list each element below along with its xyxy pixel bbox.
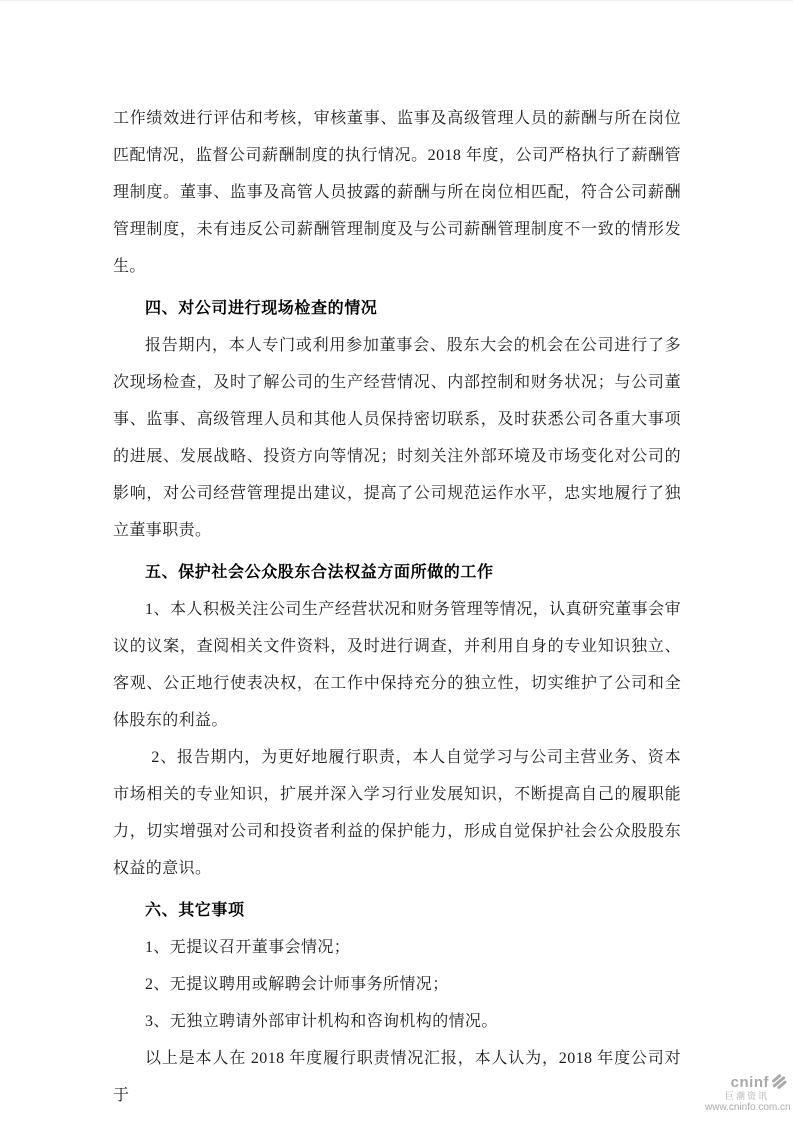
cninfo-chinese-name: 巨潮资讯	[705, 1091, 789, 1102]
paragraph-closing-summary: 以上是本人在 2018 年度履行职责情况汇报，本人认为，2018 年度公司对于	[113, 1040, 681, 1114]
cninfo-watermark: cninf 巨潮资讯 www.cninfo.com.cn	[705, 1074, 789, 1114]
paragraph-shareholder-protection-1: 1、本人积极关注公司生产经营状况和财务管理等情况，认真研究董事会审议的议案，查阅…	[113, 591, 681, 739]
cninfo-logo: cninf	[705, 1074, 789, 1091]
cninfo-swirl-icon	[770, 1074, 789, 1091]
list-item-no-external-audit: 3、无独立聘请外部审计机构和咨询机构的情况。	[113, 1003, 681, 1040]
document-page: 工作绩效进行评估和考核，审核董事、监事及高级管理人员的薪酬与所在岗位匹配情况，监…	[0, 0, 793, 1122]
section-heading-5-shareholder-protection: 五、保护社会公众股东合法权益方面所做的工作	[113, 554, 681, 591]
paragraph-salary-review-continuation: 工作绩效进行评估和考核，审核董事、监事及高级管理人员的薪酬与所在岗位匹配情况，监…	[113, 100, 681, 285]
cninfo-brand-text: cninf	[731, 1074, 769, 1091]
list-item-no-board-proposal: 1、无提议召开董事会情况；	[113, 929, 681, 966]
list-item-no-accountant-proposal: 2、无提议聘用或解聘会计师事务所情况；	[113, 966, 681, 1003]
paragraph-shareholder-protection-2: 2、报告期内，为更好地履行职责，本人自觉学习与公司主营业务、资本市场相关的专业知…	[113, 739, 681, 887]
paragraph-site-inspection: 报告期内，本人专门或利用参加董事会、股东大会的机会在公司进行了多次现场检查，及时…	[113, 327, 681, 549]
document-content: 工作绩效进行评估和考核，审核董事、监事及高级管理人员的薪酬与所在岗位匹配情况，监…	[113, 100, 681, 1114]
cninfo-url: www.cninfo.com.cn	[705, 1102, 789, 1114]
section-heading-4-site-inspection: 四、对公司进行现场检查的情况	[113, 290, 681, 327]
section-heading-6-other-matters: 六、其它事项	[113, 892, 681, 929]
